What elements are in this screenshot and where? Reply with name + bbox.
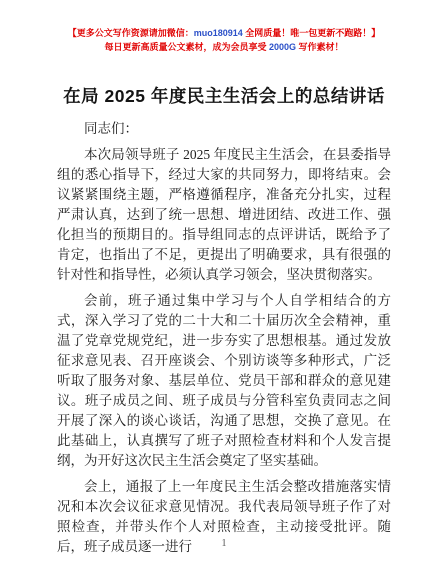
paragraph-1: 本次局领导班子 2025 年度民主生活会，在县委指导组的悉心指导下，经过大家的共… [57,145,391,285]
document-title: 在局 2025 年度民主生活会上的总结讲话 [57,84,391,108]
promo-text-suffix: 全网质量！唯一包更新不跑路！】 [243,28,381,38]
promo-size-highlight: 2000G [269,42,296,52]
promo-banner: 【更多公文写作资源请加微信：muo180914 全网质量！唯一包更新不跑路！】 … [27,26,421,54]
promo-line-1: 【更多公文写作资源请加微信：muo180914 全网质量！唯一包更新不跑路！】 [27,26,421,40]
document-body: 同志们： 本次局领导班子 2025 年度民主生活会，在县委指导组的悉心指导下，经… [57,119,391,557]
promo-text-prefix: 每日更新高质量公文素材，成为会员享受 [104,42,269,52]
paragraph-2: 会前，班子通过集中学习与个人自学相结合的方式，深入学习了党的二十大和二十届历次全… [57,291,391,471]
promo-text-prefix: 【更多公文写作资源请加微信： [68,28,194,38]
document-page: 【更多公文写作资源请加微信：muo180914 全网质量！唯一包更新不跑路！】 … [0,0,448,580]
page-number: 1 [0,538,448,549]
promo-wechat-id: muo180914 [194,28,243,38]
promo-line-2: 每日更新高质量公文素材，成为会员享受 2000G 写作素材！ [27,40,421,54]
salutation: 同志们： [57,119,391,139]
promo-text-suffix: 写作素材！ [296,42,344,52]
